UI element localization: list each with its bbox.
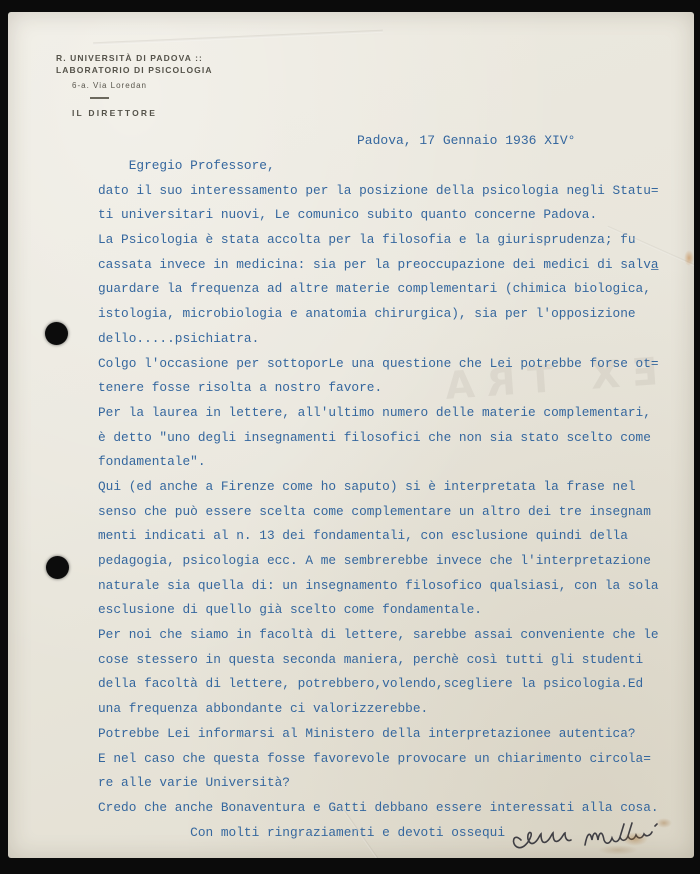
letter-line: della facoltà di lettere, potrebbero,vol… xyxy=(98,672,684,697)
punch-hole-bottom xyxy=(46,556,69,579)
letter-line: ti universitari nuovi, Le comunico subit… xyxy=(98,203,684,228)
letter-line: Egregio Professore, xyxy=(98,154,684,179)
letter-body: Egregio Professore,dato il suo interessa… xyxy=(98,154,684,845)
letter-line: Per noi che siamo in facoltà di lettere,… xyxy=(98,623,684,648)
letter-line: Per la laurea in lettere, all'ultimo num… xyxy=(98,401,684,426)
letter-line: re alle varie Università? xyxy=(98,771,684,796)
letterhead: R. UNIVERSITÀ DI PADOVA :: LABORATORIO D… xyxy=(56,52,213,118)
letter-line: una frequenza abbondante ci valorizzereb… xyxy=(98,697,684,722)
scan-background: { "colors": { "background": "#0b0b0b", "… xyxy=(0,0,700,874)
letterhead-university: R. UNIVERSITÀ DI PADOVA :: xyxy=(56,52,213,64)
letter-line: cassata invece in medicina: sia per la p… xyxy=(98,253,684,278)
letter-line: La Psicologia è stata accolta per la fil… xyxy=(98,228,684,253)
letterhead-divider xyxy=(90,97,109,99)
letter-line: Potrebbe Lei informarsi al Ministero del… xyxy=(98,722,684,747)
punch-hole-top xyxy=(45,322,68,345)
letter-line: tenere fosse risolta a nostro favore. xyxy=(98,376,684,401)
letter-line: dato il suo interessamento per la posizi… xyxy=(98,179,684,204)
letter-line: senso che può essere scelta come complem… xyxy=(98,500,684,525)
letter-line: istologia, microbiologia e anatomia chir… xyxy=(98,302,684,327)
letter-line: menti indicati al n. 13 dei fondamentali… xyxy=(98,524,684,549)
letter-line: guardare la frequenza ad altre materie c… xyxy=(98,277,684,302)
paper-stain xyxy=(684,250,694,266)
date-line: Padova, 17 Gennaio 1936 XIV° xyxy=(357,133,575,148)
handwritten-signature: Cesare Musatti xyxy=(505,812,665,858)
letter-paper: R. UNIVERSITÀ DI PADOVA :: LABORATORIO D… xyxy=(8,12,694,858)
letter-line: naturale sia quella di: un insegnamento … xyxy=(98,574,684,599)
paper-crease-top xyxy=(93,30,383,46)
letter-line: fondamentale". xyxy=(98,450,684,475)
letter-line: è detto "uno degli insegnamenti filosofi… xyxy=(98,426,684,451)
letter-line: Qui (ed anche a Firenze come ho saputo) … xyxy=(98,475,684,500)
letter-line: esclusione di quello già scelto come fon… xyxy=(98,598,684,623)
letter-line: cose stessero in questa seconda maniera,… xyxy=(98,648,684,673)
letterhead-laboratory: LABORATORIO DI PSICOLOGIA xyxy=(56,64,213,76)
letter-line: E nel caso che questa fosse favorevole p… xyxy=(98,747,684,772)
letter-line: dello.....psichiatra. xyxy=(98,327,684,352)
letterhead-address: 6-a. Via Loredan xyxy=(72,81,213,90)
letter-line: pedagogia, psicologia ecc. A me sembrere… xyxy=(98,549,684,574)
letter-line: Colgo l'occasione per sottoporLe una que… xyxy=(98,352,684,377)
letterhead-director-title: IL DIRETTORE xyxy=(72,108,213,118)
